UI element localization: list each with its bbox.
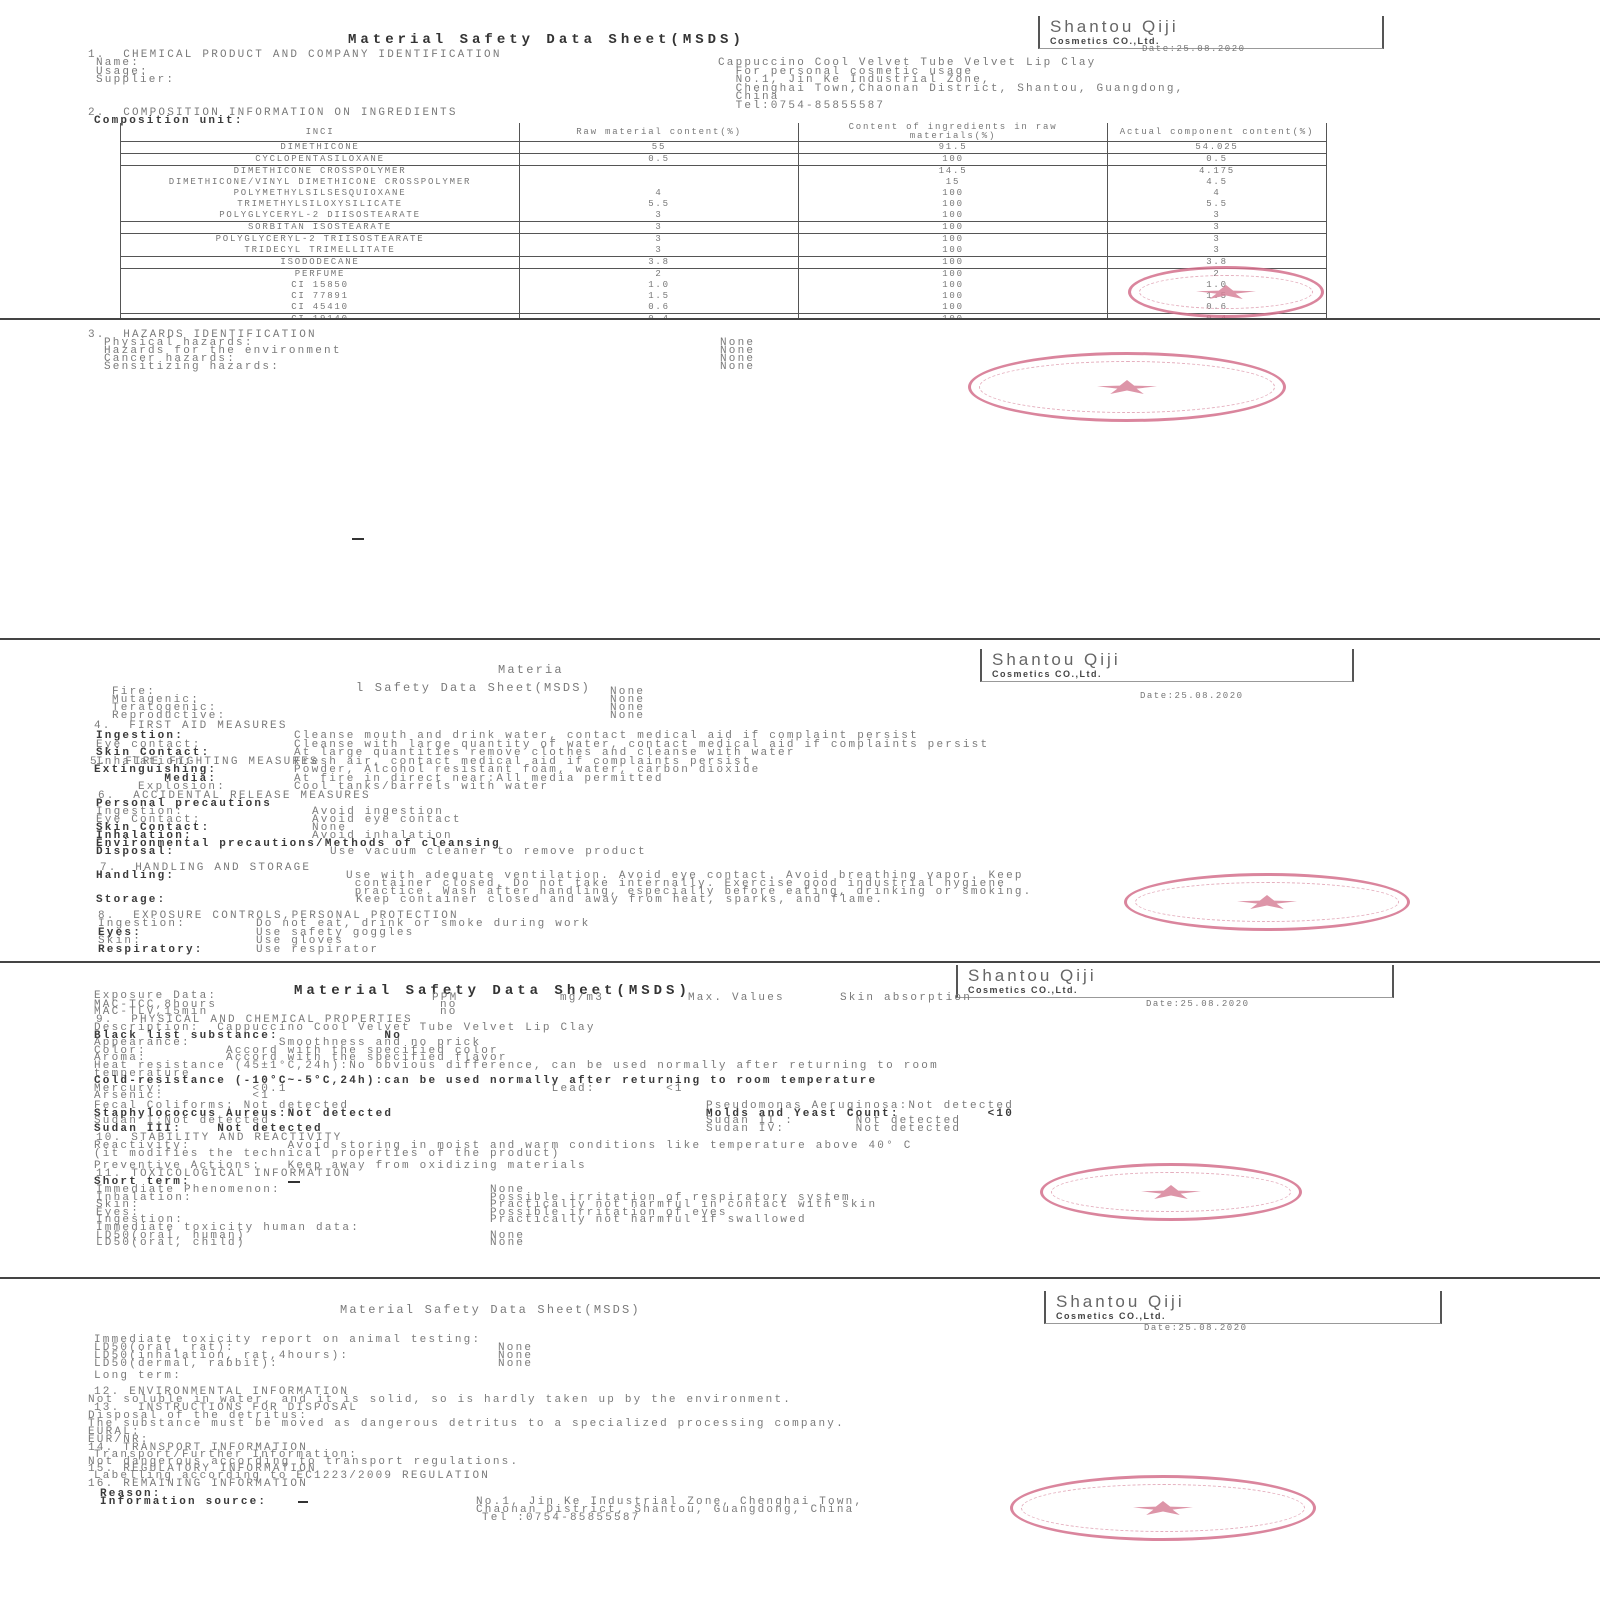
table-cell: 0.6 xyxy=(520,302,799,314)
table-cell: 3 xyxy=(520,222,799,234)
table-cell: 4.5 xyxy=(1108,177,1327,188)
table-cell: 100 xyxy=(799,302,1108,314)
company-name: Shantou Qiji xyxy=(968,967,1382,985)
handling-label: Handling: xyxy=(96,871,175,882)
document-title: Material Safety Data Sheet(MSDS) xyxy=(348,32,745,48)
table-cell xyxy=(520,166,799,178)
animal-ld50-label: LD50(dermal, rabbit): xyxy=(94,1359,279,1370)
toxicology-value: None xyxy=(490,1238,525,1249)
company-seal-stamp xyxy=(1124,873,1410,931)
hazard-label: Sensitizing hazards: xyxy=(104,362,280,373)
table-cell: DIMETHICONE/VINYL DIMETHICONE CROSSPOLYM… xyxy=(121,177,520,188)
table-cell: 100 xyxy=(799,291,1108,302)
company-seal-stamp xyxy=(1128,266,1324,318)
identification-label: Supplier: xyxy=(96,75,175,86)
table-cell: 100 xyxy=(799,269,1108,281)
table-cell: 100 xyxy=(799,199,1108,210)
table-cell: 3 xyxy=(1108,222,1327,234)
hazard-extra-value: None xyxy=(610,711,645,722)
company-seal-stamp xyxy=(1010,1475,1316,1541)
storage-label: Storage: xyxy=(96,895,166,906)
column-header: Raw material content(%) xyxy=(520,123,799,142)
property-line: Heat resistance (45±1°C,24h):No obvious … xyxy=(94,1061,939,1072)
hazard-value: None xyxy=(720,362,755,373)
identification-value: Chenghai Town,Chaonan District, Shantou,… xyxy=(718,84,1184,95)
address-line: Tel :0754-85855587 xyxy=(482,1513,640,1524)
company-suffix: Cosmetics CO.,Ltd. xyxy=(1056,1311,1430,1321)
document-title-part-a: Materia xyxy=(498,665,564,676)
table-cell: DIMETHICONE CROSSPOLYMER xyxy=(121,166,520,178)
toxicology-value: Practically not harmful if swallowed xyxy=(490,1215,807,1226)
table-cell: ISODODECANE xyxy=(121,257,520,269)
table-cell: 1.0 xyxy=(520,280,799,291)
animal-ld50-value: None xyxy=(498,1359,533,1370)
company-seal-stamp xyxy=(968,352,1286,422)
msds-page-3: Materia l Safety Data Sheet(MSDS) Shanto… xyxy=(0,641,1600,961)
scan-mark xyxy=(298,1501,308,1503)
document-title: Material Safety Data Sheet(MSDS) xyxy=(294,983,691,999)
table-cell: TRIMETHYLSILOXYSILICATE xyxy=(121,199,520,210)
stability-line: (it modifies the technical properties of… xyxy=(94,1149,560,1160)
table-cell: 54.025 xyxy=(1108,142,1327,154)
table-cell: 3.8 xyxy=(520,257,799,269)
column-header: Actual component content(%) xyxy=(1108,123,1327,142)
msds-page-1: Material Safety Data Sheet(MSDS) Shantou… xyxy=(0,0,1600,318)
table-cell: 1.5 xyxy=(520,291,799,302)
document-title-part-b: l Safety Data Sheet(MSDS) xyxy=(356,683,591,694)
table-row: DIMETHICONE/VINYL DIMETHICONE CROSSPOLYM… xyxy=(121,177,1327,188)
table-cell: 3 xyxy=(520,210,799,222)
table-row: TRIMETHYLSILOXYSILICATE5.51005.5 xyxy=(121,199,1327,210)
table-cell: 2 xyxy=(520,269,799,281)
table-cell: 0.5 xyxy=(1108,154,1327,166)
table-row: POLYGLYCERYL-2 DIISOSTEARATE31003 xyxy=(121,210,1327,222)
company-name: Shantou Qiji xyxy=(1056,1293,1430,1311)
table-cell: DIMETHICONE xyxy=(121,142,520,154)
scan-mark xyxy=(288,1181,300,1183)
document-title: Material Safety Data Sheet(MSDS) xyxy=(340,1305,641,1316)
scan-mark xyxy=(352,538,364,540)
document-date: Date:25.08.2020 xyxy=(1144,1323,1248,1333)
document-date: Date:25.08.2020 xyxy=(1140,691,1244,701)
table-cell: 3 xyxy=(520,234,799,246)
msds-page-2: 3. HAZARDS IDENTIFICATION Physical hazar… xyxy=(0,322,1600,638)
table-cell: 100 xyxy=(799,154,1108,166)
storage-value: Keep container closed and away from heat… xyxy=(356,895,884,906)
table-cell: 91.5 xyxy=(799,142,1108,154)
exposure-column-header: mg/m3 xyxy=(560,993,604,1004)
table-cell: 100 xyxy=(799,222,1108,234)
msds-page-5: Material Safety Data Sheet(MSDS) Shantou… xyxy=(0,1279,1600,1600)
column-header: INCI xyxy=(121,123,520,142)
table-cell: CI 15850 xyxy=(121,280,520,291)
table-cell: CI 77891 xyxy=(121,291,520,302)
table-cell: 100 xyxy=(799,210,1108,222)
table-cell: 100 xyxy=(799,234,1108,246)
table-cell: CI 45410 xyxy=(121,302,520,314)
table-cell: 3 xyxy=(520,245,799,257)
company-logo-box: Shantou Qiji Cosmetics CO.,Ltd. xyxy=(956,965,1394,998)
table-cell: CYCLOPENTASILOXANE xyxy=(121,154,520,166)
section-1-heading: 1. CHEMICAL PRODUCT AND COMPANY IDENTIFI… xyxy=(88,50,502,61)
company-name: Shantou Qiji xyxy=(1050,18,1372,36)
table-cell: 100 xyxy=(799,188,1108,199)
table-row: ISODODECANE3.81003.8 xyxy=(121,257,1327,269)
document-date: Date:25.08.2020 xyxy=(1146,999,1250,1009)
msds-page-4: Material Safety Data Sheet(MSDS) Shantou… xyxy=(0,963,1600,1277)
table-cell: 55 xyxy=(520,142,799,154)
exposure-column-header: Max. Values xyxy=(688,993,785,1004)
table-cell: 3 xyxy=(1108,210,1327,222)
page-divider xyxy=(0,318,1600,320)
long-term-label: Long term: xyxy=(94,1371,182,1382)
table-cell: TRIDECYL TRIMELLITATE xyxy=(121,245,520,257)
exposure-column-header: Skin absorption xyxy=(840,993,972,1004)
table-row: CYCLOPENTASILOXANE0.51000.5 xyxy=(121,154,1327,166)
table-cell: 100 xyxy=(799,257,1108,269)
company-name: Shantou Qiji xyxy=(992,651,1342,669)
exposure-value: Use respirator xyxy=(256,945,379,956)
table-cell: 100 xyxy=(799,245,1108,257)
table-cell: 4.175 xyxy=(1108,166,1327,178)
table-cell: 15 xyxy=(799,177,1108,188)
table-row: DIMETHICONE CROSSPOLYMER14.54.175 xyxy=(121,166,1327,178)
table-cell: 14.5 xyxy=(799,166,1108,178)
table-cell: 100 xyxy=(799,280,1108,291)
exposure-limit-value: no xyxy=(440,1007,458,1018)
table-cell: POLYGLYCERYL-2 TRIISOSTEARATE xyxy=(121,234,520,246)
table-cell: SORBITAN ISOSTEARATE xyxy=(121,222,520,234)
identification-value: Tel:0754-85855587 xyxy=(718,101,885,112)
table-cell: 3 xyxy=(1108,234,1327,246)
table-cell xyxy=(520,177,799,188)
document-date: Date:25.08.2020 xyxy=(1142,44,1246,54)
toxicology-label: LD50(oral, child) xyxy=(96,1238,246,1249)
table-row: POLYGLYCERYL-2 TRIISOSTEARATE31003 xyxy=(121,234,1327,246)
table-cell: 4 xyxy=(1108,188,1327,199)
table-cell: 4 xyxy=(520,188,799,199)
disposal-text: The substance must be moved as dangerous… xyxy=(88,1419,845,1430)
table-cell: 5.5 xyxy=(520,199,799,210)
table-cell: 5.5 xyxy=(1108,199,1327,210)
table-row: DIMETHICONE5591.554.025 xyxy=(121,142,1327,154)
company-logo-box: Shantou Qiji Cosmetics CO.,Ltd. xyxy=(980,649,1354,682)
disposal-value: Use vacuum cleaner to remove product xyxy=(330,847,647,858)
company-logo-box: Shantou Qiji Cosmetics CO.,Ltd. xyxy=(1044,1291,1442,1324)
table-cell: 3 xyxy=(1108,245,1327,257)
company-suffix: Cosmetics CO.,Ltd. xyxy=(992,669,1342,679)
table-row: SORBITAN ISOSTEARATE31003 xyxy=(121,222,1327,234)
information-source-label: Information source: xyxy=(100,1497,267,1508)
table-cell: POLYMETHYLSILSESQUIOXANE xyxy=(121,188,520,199)
page-divider xyxy=(0,638,1600,640)
table-cell: 0.5 xyxy=(520,154,799,166)
table-row: POLYMETHYLSILSESQUIOXANE41004 xyxy=(121,188,1327,199)
microbiology-right: Sudan IV: Not detected xyxy=(706,1124,961,1135)
table-cell: PERFUME xyxy=(121,269,520,281)
table-cell: POLYGLYCERYL-2 DIISOSTEARATE xyxy=(121,210,520,222)
disposal-label: Disposal: xyxy=(96,847,175,858)
company-suffix: Cosmetics CO.,Ltd. xyxy=(968,985,1382,995)
table-row: TRIDECYL TRIMELLITATE31003 xyxy=(121,245,1327,257)
exposure-label: Respiratory: xyxy=(98,945,204,956)
company-seal-stamp xyxy=(1040,1163,1302,1221)
column-header: Content of ingredients in raw materials(… xyxy=(799,123,1108,142)
